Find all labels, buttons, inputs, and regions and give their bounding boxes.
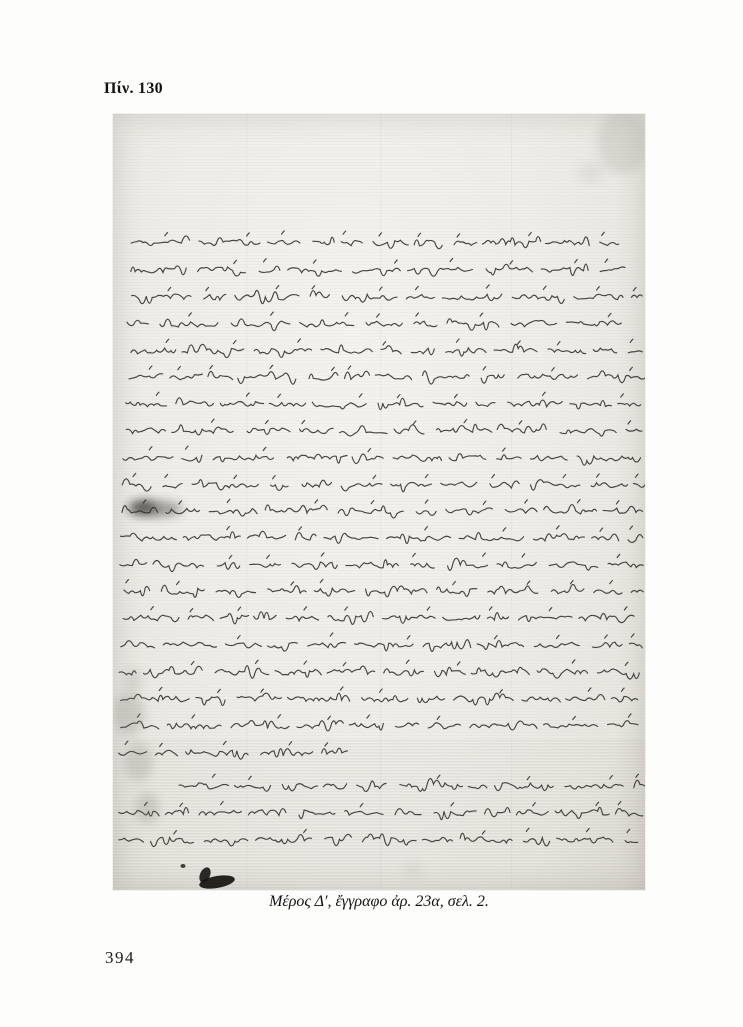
page-number: 394: [105, 948, 135, 968]
ink-blot: [181, 864, 186, 868]
fold-line: [511, 114, 512, 890]
paper-stain: [135, 792, 159, 824]
fold-line: [380, 114, 381, 890]
manuscript-svg: [113, 114, 645, 890]
fold-line: [246, 114, 247, 890]
paper-stain: [404, 862, 422, 878]
photo-caption: Μέρος Δ′, ἔγγραφο ἀρ. 23α, σελ. 2.: [113, 893, 645, 911]
paper-stain: [130, 501, 156, 513]
paper-stain: [578, 161, 604, 183]
handwriting-strokes: [119, 231, 645, 847]
paper-stain: [125, 742, 153, 782]
book-page: Πίν. 130 Μέρος Δ′, ἔγγραφο ἀρ. 23α, σελ.…: [0, 0, 743, 1027]
paper-stain: [597, 114, 645, 174]
paper-stain: [123, 668, 143, 692]
paper-stain: [113, 692, 145, 736]
manuscript-photo: [113, 114, 645, 890]
plate-label: Πίν. 130: [104, 80, 163, 98]
